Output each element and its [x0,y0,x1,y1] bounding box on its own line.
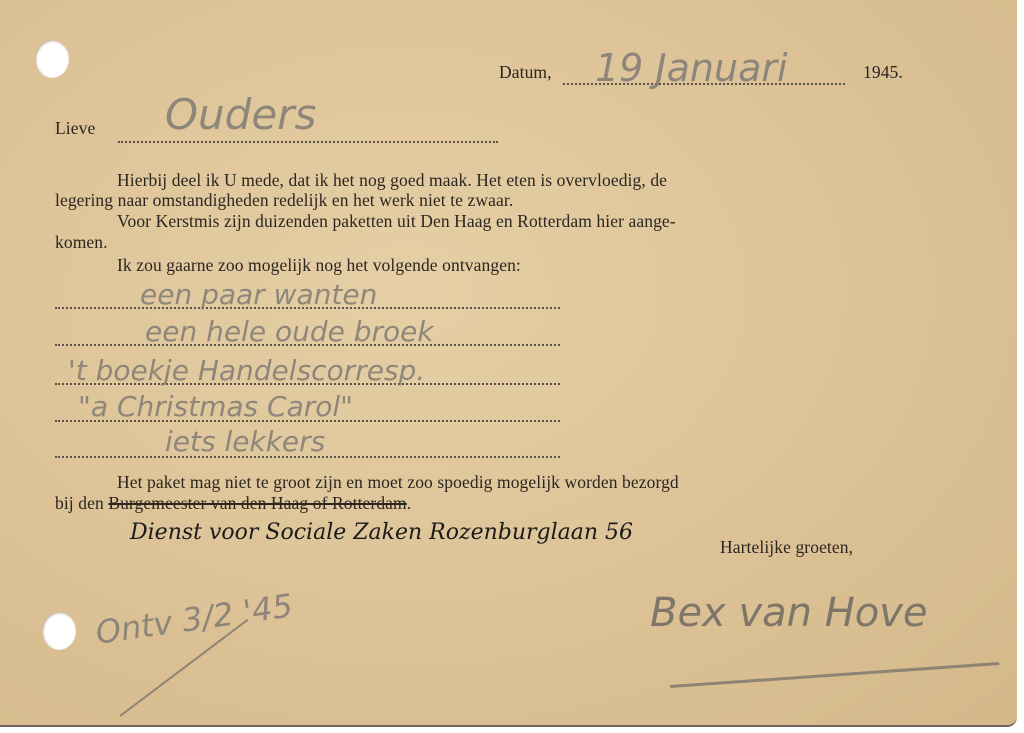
signature: Bex van Hove [650,590,928,636]
closing-line2: bij den Burgemeester van den Haag of Rot… [55,493,411,514]
handwritten-address: Dienst voor Sociale Zaken Rozenburglaan … [130,520,633,545]
greeting: Hartelijke groeten, [720,537,853,558]
receipt-annotation: Ontv 3/2 '45 [93,586,295,651]
closing-prefix: bij den [55,493,104,513]
item-2: een hele oude broek [145,315,434,348]
punch-hole-bottom [42,612,76,650]
salutation-handwritten: Ouders [165,90,316,139]
item-4: "a Christmas Carol" [78,390,353,423]
salutation-label: Lieve [55,118,95,139]
body-p3: Ik zou gaarne zoo mogelijk nog het volge… [117,255,521,276]
item-5: iets lekkers [165,425,325,458]
date-label: Datum, [499,62,552,83]
postcard: Datum, 19 Januari 1945. Lieve Ouders Hie… [0,0,1017,727]
date-year: 1945. [863,62,903,83]
closing-line1: Het paket mag niet te groot zijn en moet… [117,472,679,493]
salutation-dotted-line [118,141,498,143]
body-p2-line1: Voor Kerstmis zijn duizenden paketten ui… [117,211,676,232]
struck-text: Burgemeester van den Haag of Rotterdam [108,493,406,513]
body-p1-line1: Hierbij deel ik U mede, dat ik het nog g… [117,170,667,191]
body-p2-line2: komen. [55,232,108,253]
body-p1-line2: legering naar omstandigheden redelijk en… [55,190,513,211]
item-3: 't boekje Handelscorresp. [68,354,425,387]
punch-hole-top [35,40,69,78]
item-1: een paar wanten [140,278,377,311]
closing-suffix: . [407,493,411,513]
signature-underline [670,662,999,688]
date-handwritten: 19 Januari [595,46,788,90]
